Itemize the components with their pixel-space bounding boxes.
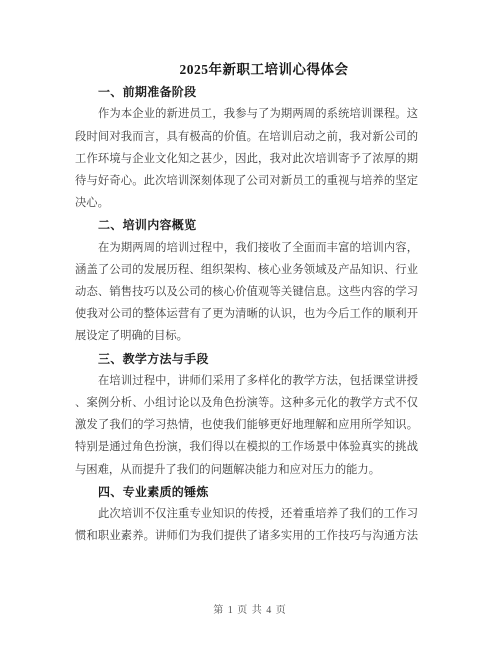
paragraph-line: 动态、销售技巧以及公司的核心价值观等关键信息。这些内容的学习 [75,281,418,303]
paragraph-line: 、案例分析、小组讨论以及角色扮演等。这种多元化的教学方式不仅 [75,392,418,414]
document-page: 2025年新职工培训心得体会 一、前期准备阶段作为本企业的新进员工，我参与了为期… [0,0,500,647]
paragraph-line: 决心。 [75,192,418,214]
paragraph-line: 此次培训不仅注重专业知识的传授，还着重培养了我们的工作习 [75,503,418,525]
paragraph-line: 在为期两周的培训过程中，我们接收了全面而丰富的培训内容， [75,237,418,259]
section-heading: 三、教学方法与手段 [75,348,418,370]
paragraph-line: 段时间对我而言，具有极高的价值。在培训启动之前，我对新公司的 [75,126,418,148]
paragraph-line: 在培训过程中，讲师们采用了多样化的教学方法，包括课堂讲授 [75,370,418,392]
page-number: 第 1 页 共 4 页 [0,602,500,620]
paragraph: 作为本企业的新进员工，我参与了为期两周的系统培训课程。这段时间对我而言，具有极高… [75,103,418,214]
paragraph-line: 与困难，从而提升了我们的问题解决能力和应对压力的能力。 [75,459,418,481]
paragraph-line: 作为本企业的新进员工，我参与了为期两周的系统培训课程。这 [75,103,418,125]
section-heading: 四、专业素质的锤炼 [75,481,418,503]
page-title: 2025年新职工培训心得体会 [75,59,418,81]
section-heading: 一、前期准备阶段 [75,81,418,103]
paragraph-line: 展设定了明确的目标。 [75,325,418,347]
section-heading: 二、培训内容概览 [75,214,418,236]
paragraph: 此次培训不仅注重专业知识的传授，还着重培养了我们的工作习惯和职业素养。讲师们为我… [75,503,418,547]
paragraph: 在为期两周的培训过程中，我们接收了全面而丰富的培训内容，涵盖了公司的发展历程、组… [75,237,418,348]
paragraph-line: 涵盖了公司的发展历程、组织架构、核心业务领域及产品知识、行业 [75,259,418,281]
paragraph-line: 特别是通过角色扮演，我们得以在模拟的工作场景中体验真实的挑战 [75,436,418,458]
document-body: 一、前期准备阶段作为本企业的新进员工，我参与了为期两周的系统培训课程。这段时间对… [75,81,418,547]
paragraph-line: 待与好奇心。此次培训深刻体现了公司对新员工的重视与培养的坚定 [75,170,418,192]
paragraph-line: 激发了我们的学习热情，也使我们能够更好地理解和应用所学知识。 [75,414,418,436]
paragraph-line: 工作环境与企业文化知之甚少，因此，我对此次培训寄予了浓厚的期 [75,148,418,170]
document-content: 2025年新职工培训心得体会 一、前期准备阶段作为本企业的新进员工，我参与了为期… [75,59,418,547]
paragraph: 在培训过程中，讲师们采用了多样化的教学方法，包括课堂讲授、案例分析、小组讨论以及… [75,370,418,481]
paragraph-line: 惯和职业素养。讲师们为我们提供了诸多实用的工作技巧与沟通方法 [75,525,418,547]
paragraph-line: 使我对公司的整体运营有了更为清晰的认识，也为今后工作的顺利开 [75,303,418,325]
